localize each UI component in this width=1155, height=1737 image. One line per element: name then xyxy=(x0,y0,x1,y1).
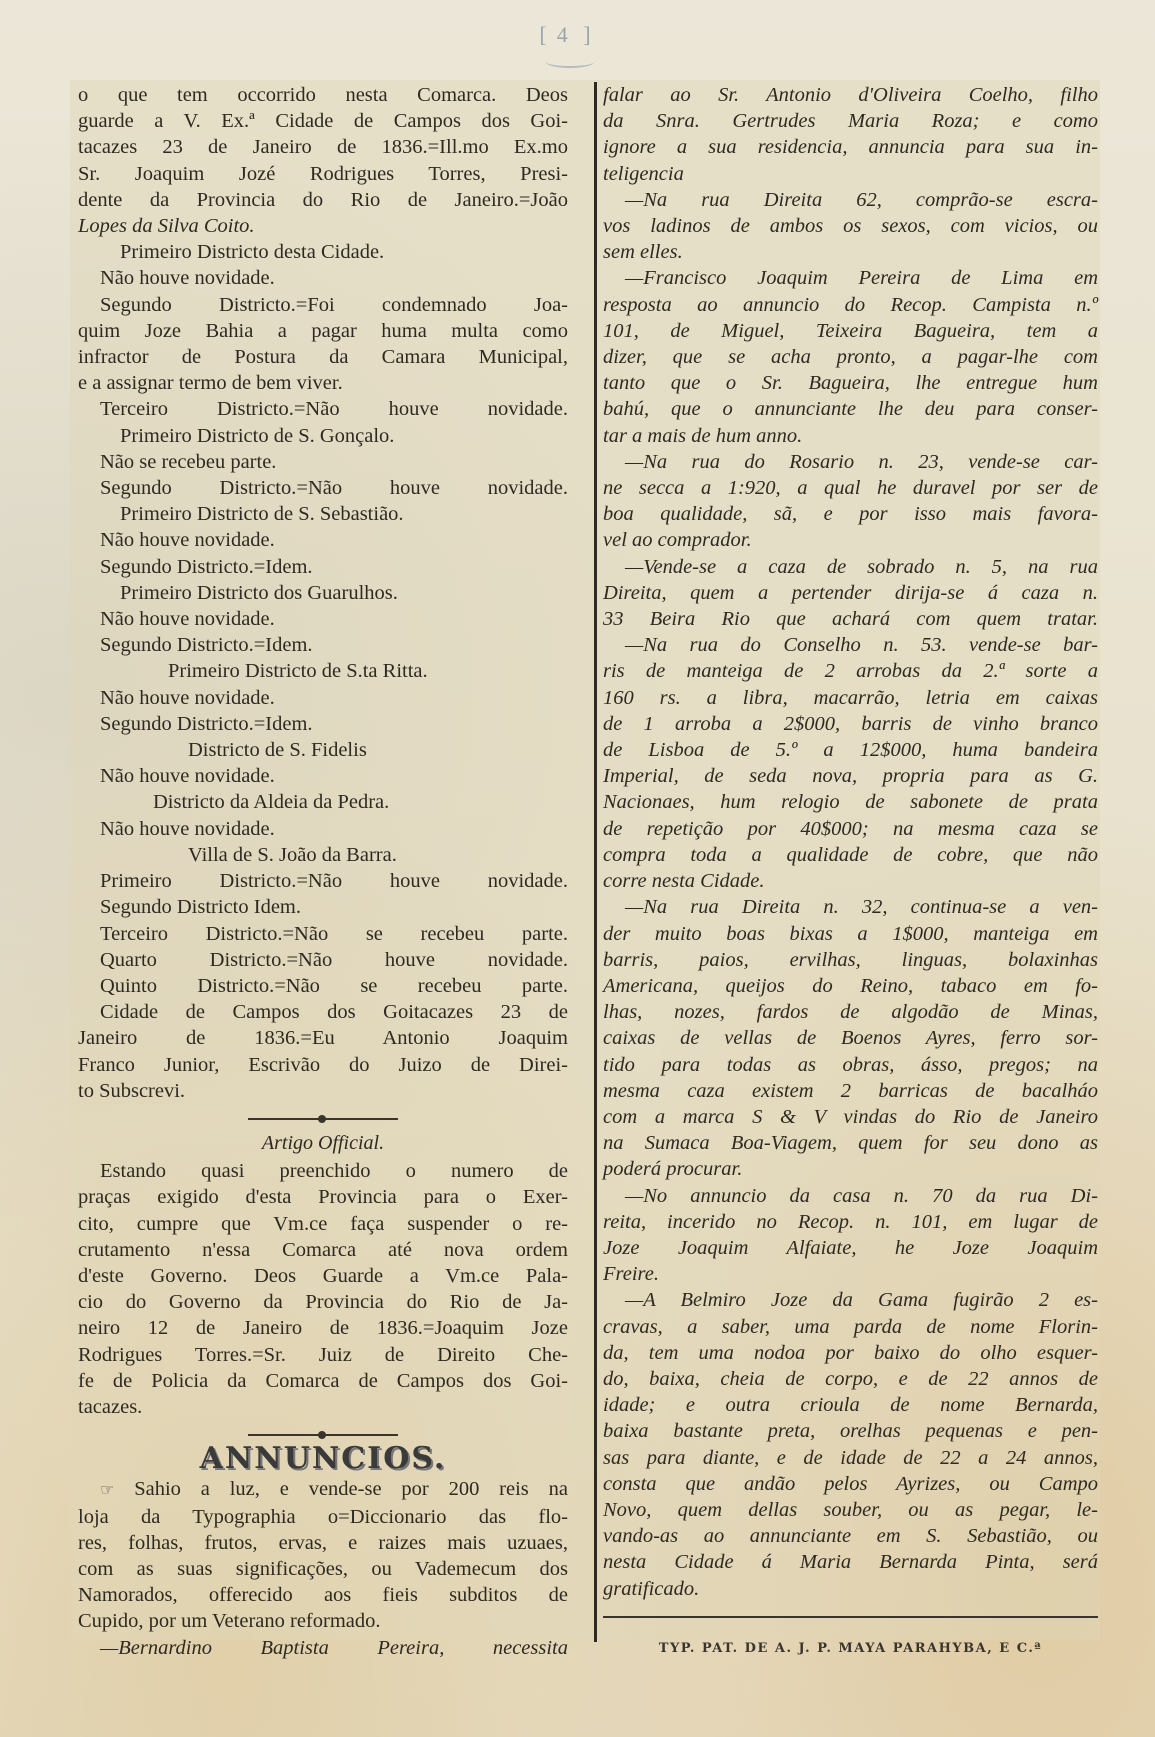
report-closing: o que tem occorrido nesta Comarca. Deos … xyxy=(78,82,568,239)
district-report: infractor de Postura da Camara Municipal… xyxy=(78,344,568,370)
text-line: d'este Governo. Deos Guarde a Vm.ce Pala… xyxy=(78,1263,568,1289)
text-line: guarde a V. Ex.ª Cidade de Campos dos Go… xyxy=(78,108,568,134)
district-report: quim Joze Bahia a pagar huma multa como xyxy=(78,318,568,344)
advert-line: —A Belmiro Joze da Gama fugirão 2 es- xyxy=(603,1287,1098,1313)
advert-line: bahú, que o annunciante lhe deu para con… xyxy=(603,396,1098,422)
district-heading: Districto da Aldeia da Pedra. xyxy=(78,789,568,815)
advert-line: Imperial, de seda nova, propria para as … xyxy=(603,763,1098,789)
footer-rule xyxy=(603,1616,1098,1618)
advert-line: caixas de vellas de Boenos Ayres, ferro … xyxy=(603,1025,1098,1051)
advert-line: do, baixa, cheia de corpo, e de 22 annos… xyxy=(603,1366,1098,1392)
text-line: cito, cumpre que Vm.ce faça suspender o … xyxy=(78,1211,568,1237)
text-line: loja da Typographia o=Diccionario das fl… xyxy=(78,1504,568,1530)
text-span: Sahio a luz, e vende-se por 200 reis na xyxy=(134,1478,568,1500)
district-heading: Primeiro Districto dos Guarulhos. xyxy=(78,580,568,606)
page-number-value: 4 xyxy=(557,22,568,47)
advert-line: da Snra. Gertrudes Maria Roza; e como xyxy=(603,108,1098,134)
advert-line: der muito boas bixas a 1$000, manteiga e… xyxy=(603,921,1098,947)
advert-line: compra toda a qualidade de cobre, que nã… xyxy=(603,842,1098,868)
text-line: crutamento n'essa Comarca até nova ordem xyxy=(78,1237,568,1263)
advert-line: boa qualidade, sã, e por isso mais favor… xyxy=(603,501,1098,527)
text-line: Estando quasi preenchido o numero de xyxy=(78,1158,568,1184)
advert-line: 160 rs. a libra, macarrão, letria em cai… xyxy=(603,685,1098,711)
district-heading: Primeiro Districto de S.ta Ritta. xyxy=(78,658,568,684)
advert-line: reita, incerido no Recop. n. 101, em lug… xyxy=(603,1209,1098,1235)
district-report: Quarto Districto.=Não houve novidade. xyxy=(78,947,568,973)
column-divider xyxy=(594,82,597,1642)
advert-line: sas para diante, e de idade de 22 a 24 a… xyxy=(603,1445,1098,1471)
text-line: Namorados, offerecido aos fieis subditos… xyxy=(78,1582,568,1608)
advert-line: Nacionaes, hum relogio de sabonete de pr… xyxy=(603,789,1098,815)
text-line: cio do Governo da Provincia do Rio de Ja… xyxy=(78,1289,568,1315)
district-report: Segundo Districto.=Não houve novidade. xyxy=(78,475,568,501)
text-line: praças exigido d'esta Provincia para o E… xyxy=(78,1184,568,1210)
district-report: Franco Junior, Escrivão do Juizo de Dire… xyxy=(78,1052,568,1078)
district-report: to Subscrevi. xyxy=(78,1078,568,1104)
text-line: fe de Policia da Comarca de Campos dos G… xyxy=(78,1368,568,1394)
advert-line: ne secca a 1:920, a qual he duravel por … xyxy=(603,475,1098,501)
advert-line: de 1 arroba a 2$000, barris de vinho bra… xyxy=(603,711,1098,737)
advert-line: tido para todas as obras, ásso, pregos; … xyxy=(603,1052,1098,1078)
advert-line: da, tem uma nodoa por baixo do olho esqu… xyxy=(603,1340,1098,1366)
text-line: Rodrigues Torres.=Sr. Juiz de Direito Ch… xyxy=(78,1342,568,1368)
text-line: com as suas significações, ou Vademecum … xyxy=(78,1556,568,1582)
artigo-official-body: Estando quasi preenchido o numero de pra… xyxy=(78,1158,568,1420)
advert-line: resposta ao annuncio do Recop. Campista … xyxy=(603,292,1098,318)
page-number-bracket-right: ] xyxy=(568,22,601,47)
advert-line: Novo, quem dellas souber, ou as pegar, l… xyxy=(603,1497,1098,1523)
printer-imprint: TYP. PAT. DE A. J. P. MAYA PARAHYBA, E C… xyxy=(603,1636,1098,1662)
district-report: Não houve novidade. xyxy=(78,763,568,789)
advert-line: idade; e outra crioula de nome Bernarda, xyxy=(603,1392,1098,1418)
text-line: tacazes 23 de Janeiro de 1836.=Ill.mo Ex… xyxy=(78,134,568,160)
district-report: e a assignar termo de bem viver. xyxy=(78,370,568,396)
text-line: o que tem occorrido nesta Comarca. Deos xyxy=(78,82,568,108)
advert-line: dizer, que se acha pronto, a pagar-lhe c… xyxy=(603,344,1098,370)
district-report: Não houve novidade. xyxy=(78,816,568,842)
advert-line: nesta Cidade á Maria Bernarda Pinta, ser… xyxy=(603,1549,1098,1575)
advert-line: ris de manteiga de 2 arrobas da 2.ª sort… xyxy=(603,658,1098,684)
text-line: Sr. Joaquim Jozé Rodrigues Torres, Presi… xyxy=(78,161,568,187)
advert-line: Freire. xyxy=(603,1261,1098,1287)
district-heading: Primeiro Districto de S. Gonçalo. xyxy=(78,423,568,449)
district-report: Segundo Districto.=Idem. xyxy=(78,711,568,737)
advert-line: Joze Joaquim Alfaiate, he Joze Joaquim xyxy=(603,1235,1098,1261)
advert-line: de repetição por 40$000; na mesma caza s… xyxy=(603,816,1098,842)
section-title-annuncios: ANNUNCIOS. xyxy=(78,1446,568,1472)
advert-line: barris, paios, ervilhas, linguas, bolaxi… xyxy=(603,947,1098,973)
scroll-ornament-icon xyxy=(546,56,594,68)
district-report: Primeiro Districto.=Não houve novidade. xyxy=(78,868,568,894)
district-report: Não houve novidade. xyxy=(78,527,568,553)
advert-line: —Na rua do Rosario n. 23, vende-se car- xyxy=(603,449,1098,475)
advert-line: mesma caza existem 2 barricas de bacalhá… xyxy=(603,1078,1098,1104)
district-report: Não houve novidade. xyxy=(78,685,568,711)
district-report: Terceiro Districto.=Não se recebeu parte… xyxy=(78,921,568,947)
advert-line: de Lisboa de 5.º a 12$000, huma bandeira xyxy=(603,737,1098,763)
advert-line: vel ao comprador. xyxy=(603,527,1098,553)
advert-line: falar ao Sr. Antonio d'Oliveira Coelho, … xyxy=(603,82,1098,108)
advert-line: tar a mais de hum anno. xyxy=(603,423,1098,449)
district-report: Terceiro Districto.=Não houve novidade. xyxy=(78,396,568,422)
district-heading: Villa de S. João da Barra. xyxy=(78,842,568,868)
advert-line: tanto que o Sr. Bagueira, lhe entregue h… xyxy=(603,370,1098,396)
advert-line: na Sumaca Boa-Viagem, quem for seu dono … xyxy=(603,1130,1098,1156)
district-report: Não houve novidade. xyxy=(78,265,568,291)
section-title-artigo-official: Artigo Official. xyxy=(78,1130,568,1156)
district-report: Janeiro de 1836.=Eu Antonio Joaquim xyxy=(78,1025,568,1051)
advert-line: teligencia xyxy=(603,161,1098,187)
advert-line: Americana, queijos do Reino, tabaco em f… xyxy=(603,973,1098,999)
advert-line: —No annuncio da casa n. 70 da rua Di- xyxy=(603,1183,1098,1209)
district-heading: Districto de S. Fidelis xyxy=(78,737,568,763)
text-line: res, folhas, frutos, ervas, e raizes mai… xyxy=(78,1530,568,1556)
advert-line: sem elles. xyxy=(603,239,1098,265)
advert-line: Direita, quem a pertender dirija-se á ca… xyxy=(603,580,1098,606)
district-report: Segundo Districto Idem. xyxy=(78,894,568,920)
district-report: Segundo Districto.=Idem. xyxy=(78,554,568,580)
advert-line: cravas, a saber, uma parda de nome Flori… xyxy=(603,1314,1098,1340)
district-report: Não houve novidade. xyxy=(78,606,568,632)
advert-line: poderá procurar. xyxy=(603,1156,1098,1182)
district-heading: Primeiro Districto desta Cidade. xyxy=(78,239,568,265)
advert-line: corre nesta Cidade. xyxy=(603,868,1098,894)
text-line: ☞ Sahio a luz, e vende-se por 200 reis n… xyxy=(78,1476,568,1503)
advert-line: —Na rua do Conselho n. 53. vende-se bar- xyxy=(603,632,1098,658)
advert-line: 101, de Miguel, Teixeira Bagueira, tem a xyxy=(603,318,1098,344)
district-report: Cidade de Campos dos Goitacazes 23 de xyxy=(78,999,568,1025)
text-line: dente da Provincia do Rio de Janeiro.=Jo… xyxy=(78,187,568,213)
district-heading: Primeiro Districto de S. Sebastião. xyxy=(78,501,568,527)
district-report: Não se recebeu parte. xyxy=(78,449,568,475)
advert-line: consta que andão pelos Ayrizes, ou Campo xyxy=(603,1471,1098,1497)
text-line: neiro 12 de Janeiro de 1836.=Joaquim Joz… xyxy=(78,1315,568,1341)
signature-line: Lopes da Silva Coito. xyxy=(78,213,568,239)
advert-line: lhas, nozes, fardos de algodão de Minas, xyxy=(603,999,1098,1025)
annuncios-body: ☞ Sahio a luz, e vende-se por 200 reis n… xyxy=(78,1476,568,1660)
advert-line: ignore a sua residencia, annuncia para s… xyxy=(603,134,1098,160)
text-line: —Bernardino Baptista Pereira, necessita xyxy=(78,1635,568,1661)
advert-line: com a marca S & V vindas do Rio de Janei… xyxy=(603,1104,1098,1130)
advert-line: vando-as ao annunciante em S. Sebastião,… xyxy=(603,1523,1098,1549)
ornamental-rule-icon xyxy=(248,1114,398,1124)
page-number: [4 ] xyxy=(538,22,602,66)
advert-line: —Na rua Direita n. 32, continua-se a ven… xyxy=(603,894,1098,920)
advert-line: baixa bastante preta, orelhas pequenas e… xyxy=(603,1418,1098,1444)
pointing-hand-icon: ☞ xyxy=(100,1480,114,1499)
advert-line: gratificado. xyxy=(603,1576,1098,1602)
district-report: Segundo Districto.=Foi condemnado Joa- xyxy=(78,292,568,318)
page-number-bracket-left: [ xyxy=(539,22,556,47)
advert-line: —Francisco Joaquim Pereira de Lima em xyxy=(603,265,1098,291)
advert-line: vos ladinos de ambos os sexos, com vicio… xyxy=(603,213,1098,239)
district-reports: Primeiro Districto desta Cidade. Não hou… xyxy=(78,239,568,1104)
advert-line: 33 Beira Rio que achará com quem tratar. xyxy=(603,606,1098,632)
text-line: tacazes. xyxy=(78,1394,568,1420)
district-report: Quinto Districto.=Não se recebeu parte. xyxy=(78,973,568,999)
right-column: falar ao Sr. Antonio d'Oliveira Coelho, … xyxy=(603,82,1098,1662)
ornamental-rule-icon xyxy=(248,1430,398,1440)
left-column: o que tem occorrido nesta Comarca. Deos … xyxy=(78,82,568,1661)
advert-line: —Vende-se a caza de sobrado n. 5, na rua xyxy=(603,554,1098,580)
district-report: Segundo Districto.=Idem. xyxy=(78,632,568,658)
text-line: Cupido, por um Veterano reformado. xyxy=(78,1608,568,1634)
advert-line: —Na rua Direita 62, comprão-se escra- xyxy=(603,187,1098,213)
